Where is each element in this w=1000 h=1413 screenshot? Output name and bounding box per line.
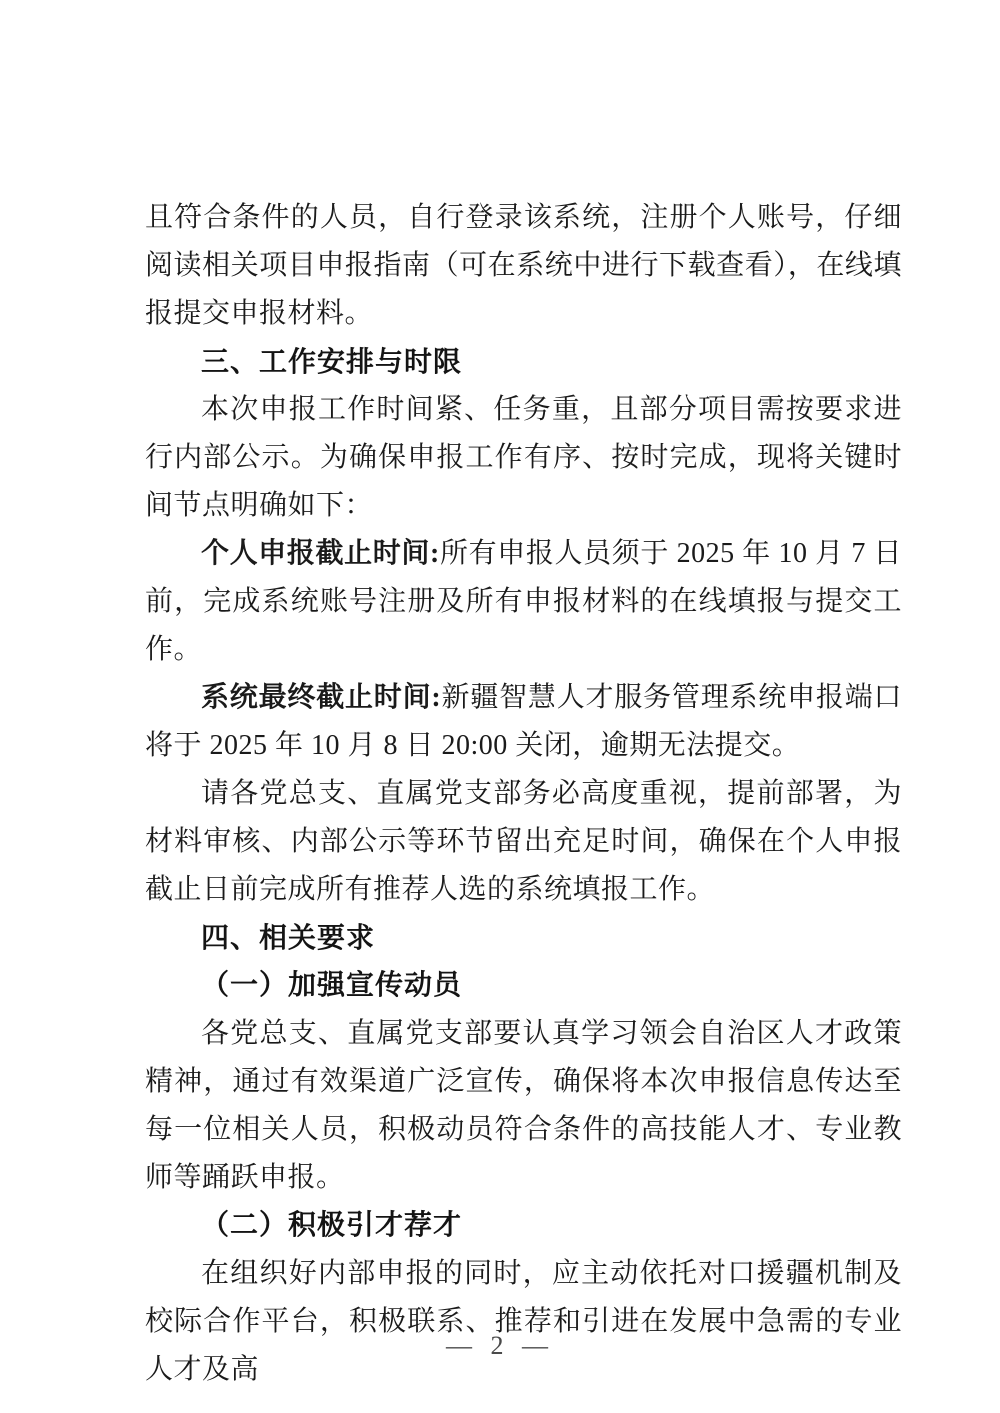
continued-paragraph: 且符合条件的人员，自行登录该系统，注册个人账号，仔细阅读相关项目申报指南（可在系… (145, 194, 902, 338)
section-heading-requirements: 四、相关要求 (145, 914, 902, 962)
document-body: 且符合条件的人员，自行登录该系统，注册个人账号，仔细阅读相关项目申报指南（可在系… (145, 194, 902, 1394)
subsection-heading-publicity: （一）加强宣传动员 (145, 962, 902, 1010)
talent-recommendation-paragraph: 在组织好内部申报的同时，应主动依托对口援疆机制及校际合作平台，积极联系、推荐和引… (145, 1250, 902, 1394)
page-number: — 2 — (0, 1330, 1000, 1362)
personal-deadline-paragraph: 个人申报截止时间:所有申报人员须于 2025 年 10 月 7 日前，完成系统账… (145, 530, 902, 674)
section-heading-work-schedule: 三、工作安排与时限 (145, 338, 902, 386)
personal-deadline-label: 个人申报截止时间: (201, 538, 440, 569)
system-deadline-paragraph: 系统最终截止时间:新疆智慧人才服务管理系统申报端口将于 2025 年 10 月 … (145, 674, 902, 770)
notice-paragraph: 请各党总支、直属党支部务必高度重视，提前部署，为材料审核、内部公示等环节留出充足… (145, 770, 902, 914)
section3-intro-paragraph: 本次申报工作时间紧、任务重，且部分项目需按要求进行内部公示。为确保申报工作有序、… (145, 386, 902, 530)
system-deadline-label: 系统最终截止时间: (201, 682, 441, 713)
subsection-heading-talent-recommendation: （二）积极引才荐才 (145, 1202, 902, 1250)
document-page: 且符合条件的人员，自行登录该系统，注册个人账号，仔细阅读相关项目申报指南（可在系… (0, 0, 1000, 1413)
publicity-paragraph: 各党总支、直属党支部要认真学习领会自治区人才政策精神，通过有效渠道广泛宣传，确保… (145, 1010, 902, 1202)
